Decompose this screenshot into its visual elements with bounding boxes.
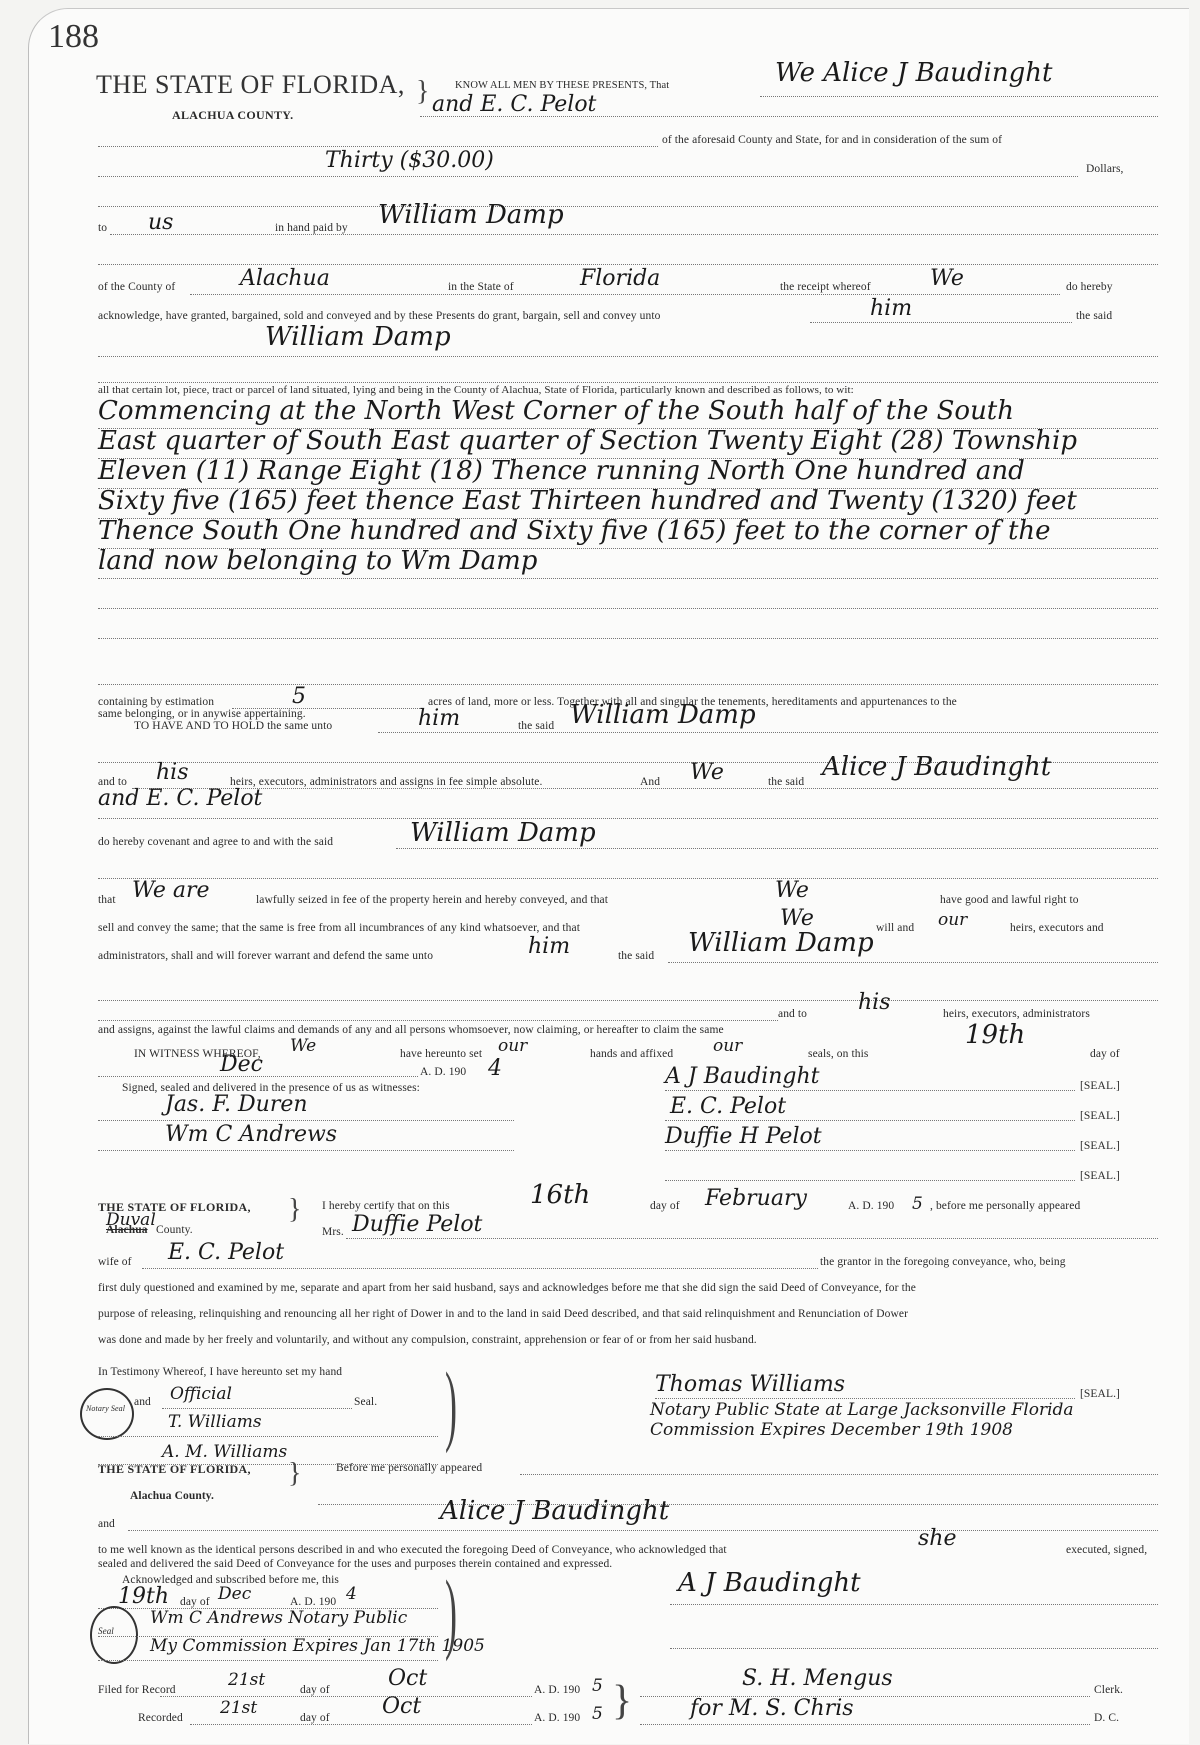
habendum-label: TO HAVE AND TO HOLD the same unto: [134, 720, 332, 732]
description-line: Sixty five (165) feet thence East Thirte…: [98, 486, 1077, 516]
rule: [190, 1724, 532, 1725]
witness-value2: our: [498, 1036, 527, 1056]
recorded-month: Oct: [382, 1694, 421, 1719]
dower-ad: A. D. 190: [848, 1200, 894, 1212]
and-label: And: [640, 776, 660, 788]
recorded-year: 5: [592, 1704, 603, 1724]
ack-county: Alachua County.: [130, 1490, 214, 1502]
rule: [760, 96, 1158, 97]
dower-grantor-text: the grantor in the foregoing conveyance,…: [820, 1256, 1066, 1268]
state-label: in the State of: [448, 281, 514, 293]
description-line: Commencing at the North West Corner of t…: [98, 396, 1014, 426]
dollars-label: Dollars,: [1086, 163, 1124, 175]
notary-line2: Commission Expires December 19th 1908: [650, 1420, 1013, 1440]
rule: [346, 1238, 1158, 1239]
dower-body-3: was done and made by her freely and volu…: [98, 1334, 757, 1346]
and-to-label-2: and to: [778, 1008, 807, 1020]
rule: [98, 608, 1158, 609]
dower-body-2: purpose of releasing, relinquishing and …: [98, 1308, 908, 1320]
dower-mrs-value: Duffie Pelot: [352, 1212, 482, 1237]
description-line: land now belonging to Wm Damp: [98, 546, 537, 576]
notary-name: Thomas Williams: [655, 1372, 845, 1397]
know-all-text: KNOW ALL MEN BY THESE PRESENTS, That: [455, 80, 669, 91]
rule: [98, 1150, 514, 1151]
rule: [665, 1180, 1075, 1181]
dower-wife-value: E. C. Pelot: [168, 1240, 284, 1265]
witness-name-2: Wm C Andrews: [165, 1122, 337, 1147]
receipt-label: the receipt whereof: [780, 281, 871, 293]
ack-ad: A. D. 190: [290, 1596, 336, 1608]
dower-sig-left2: A. M. Williams: [162, 1442, 287, 1462]
dower-and-label: and: [134, 1396, 151, 1408]
witness-year: 4: [488, 1056, 502, 1081]
dower-county-label: County.: [156, 1224, 193, 1236]
dc-signature: for M. S. Chris: [690, 1696, 854, 1721]
witness-day-of: day of: [1090, 1048, 1120, 1060]
witness-seal-text: seals, on this: [808, 1048, 869, 1060]
dower-day-of: day of: [650, 1200, 680, 1212]
filed-day: 21st: [228, 1670, 265, 1690]
ack-state: THE STATE OF FLORIDA,: [98, 1462, 251, 1477]
ack-she: she: [918, 1526, 956, 1551]
rule: [110, 234, 1158, 235]
brace: }: [288, 1196, 301, 1224]
brace: ): [445, 1360, 457, 1450]
consideration-text: of the aforesaid County and State, for a…: [662, 134, 1002, 146]
notary-line1: Notary Public State at Large Jacksonvill…: [650, 1400, 1074, 1420]
unto-value: him: [870, 296, 912, 321]
ack-notary-exp: My Commission Expires Jan 17th 1905: [150, 1636, 485, 1656]
rule: [98, 818, 1158, 819]
rule: [98, 1000, 1158, 1001]
witness-value3: our: [713, 1036, 742, 1056]
rule: [98, 1076, 418, 1077]
seal-label: [SEAL.]: [1080, 1140, 1120, 1152]
recorded-ad: A. D. 190: [534, 1712, 580, 1724]
will-and-label: will and: [876, 922, 914, 934]
rule: [98, 1660, 438, 1661]
witness-hand: hands and affixed: [590, 1048, 673, 1060]
dower-certify: I hereby certify that on this: [322, 1200, 450, 1212]
paid-by-label: in hand paid by: [275, 222, 348, 234]
dower-and-value: Official: [170, 1384, 232, 1404]
acres-value: 5: [292, 684, 306, 709]
dower-seal-label: Seal.: [354, 1396, 377, 1408]
covenant-value: William Damp: [410, 818, 596, 848]
rule: [128, 1530, 1158, 1531]
state-title: THE STATE OF FLORIDA,: [96, 70, 405, 100]
witness-day: 19th: [965, 1020, 1025, 1050]
seized-text1: lawfully seized in fee of the property h…: [256, 894, 608, 906]
heirs-the-said: the said: [768, 776, 804, 788]
and-value: We: [690, 760, 724, 785]
warrant-the-said: the said: [618, 950, 654, 962]
dower-county-struck: Alachua: [106, 1224, 148, 1236]
hereby-label: do hereby: [1066, 281, 1113, 293]
seized-text2: have good and lawful right to: [940, 894, 1079, 906]
rule: [665, 1090, 1075, 1091]
grantors-line2: and E. C. Pelot: [432, 92, 596, 117]
grantee-name: William Damp: [265, 322, 451, 352]
rule: [160, 1696, 532, 1697]
habendum-grantee: William Damp: [570, 700, 756, 730]
to-value: us: [148, 210, 173, 235]
rule: [98, 206, 1158, 207]
signature-1: A J Baudinght: [665, 1064, 820, 1089]
ack-signature: A J Baudinght: [678, 1568, 861, 1598]
rule: [98, 1120, 514, 1121]
dower-month: February: [705, 1186, 807, 1211]
the-said-label: the said: [1076, 310, 1112, 322]
page-number: 188: [48, 18, 99, 56]
witness-have: have hereunto set: [400, 1048, 482, 1060]
witness-month: Dec: [220, 1052, 263, 1077]
and-to-text2: and assigns, against the lawful claims a…: [98, 1024, 724, 1036]
habendum-the-said: the said: [518, 720, 554, 732]
filed-ad: A. D. 190: [534, 1684, 580, 1696]
ack-appeared: Before me personally appeared: [336, 1462, 482, 1474]
rule: [190, 294, 1060, 295]
dower-mrs: Mrs.: [322, 1226, 344, 1238]
heirs-grantor1: Alice J Baudinght: [822, 752, 1051, 782]
rule: [162, 1408, 352, 1409]
warrant-grantee: William Damp: [688, 928, 874, 958]
habendum-unto: him: [418, 706, 460, 731]
ack-day: 19th: [118, 1584, 169, 1609]
paid-by-value: William Damp: [378, 200, 564, 230]
ack-year: 4: [346, 1584, 357, 1604]
rule: [98, 356, 1158, 357]
rule: [98, 1020, 778, 1021]
rule: [98, 684, 1158, 685]
dower-sig-left1: T. Williams: [168, 1412, 262, 1432]
rule: [810, 322, 1072, 323]
rule: [668, 962, 1158, 963]
consideration-amount: Thirty ($30.00): [325, 148, 494, 173]
rule: [98, 1436, 438, 1437]
witness-value1: We: [290, 1036, 316, 1056]
grantors-line1: We Alice J Baudinght: [775, 58, 1052, 88]
witness-ad: A. D. 190: [420, 1066, 466, 1078]
county-label: of the County of: [98, 281, 175, 293]
dower-appeared: , before me personally appeared: [930, 1200, 1080, 1212]
testimony-text: In Testimony Whereof, I have hereunto se…: [98, 1366, 342, 1378]
rule: [142, 1268, 818, 1269]
ack-day-of: day of: [180, 1596, 210, 1608]
recorded-day: 21st: [220, 1698, 257, 1718]
clerk-label: Clerk.: [1094, 1684, 1123, 1696]
rule: [420, 116, 1158, 117]
rule: [520, 1474, 1158, 1475]
rule: [396, 848, 1158, 849]
seal-label: [SEAL.]: [1080, 1110, 1120, 1122]
rule: [655, 1398, 1075, 1399]
covenant-label: do hereby covenant and agree to and with…: [98, 836, 333, 848]
dower-body-1: first duly questioned and examined by me…: [98, 1282, 916, 1294]
dower-wife-of: wife of: [98, 1256, 132, 1268]
heirs-value: his: [156, 760, 189, 785]
seal-label: [SEAL.]: [1080, 1080, 1120, 1092]
description-intro: all that certain lot, piece, tract or pa…: [98, 384, 854, 396]
rule: [98, 878, 1158, 879]
heirs-text: heirs, executors, administrators and ass…: [230, 776, 542, 788]
ack-body2: sealed and delivered the said Deed of Co…: [98, 1558, 612, 1570]
rule: [640, 1724, 1090, 1725]
seal-stamp-text: Notary Seal: [86, 1404, 125, 1413]
receipt-value: We: [930, 266, 964, 291]
acknowledge-text: acknowledge, have granted, bargained, so…: [98, 310, 660, 322]
rule: [98, 578, 1158, 579]
ack-person: Alice J Baudinght: [440, 1496, 669, 1526]
ack-month: Dec: [218, 1584, 251, 1604]
rule: [670, 1648, 1158, 1649]
dc-label: D. C.: [1094, 1712, 1119, 1724]
ack-body1-end: executed, signed,: [1066, 1544, 1147, 1556]
brace: }: [416, 78, 429, 106]
warrant-value: him: [528, 934, 570, 959]
and-to-value-2: his: [858, 990, 891, 1015]
witness-name-1: Jas. F. Duren: [165, 1092, 308, 1117]
filed-day-of: day of: [300, 1684, 330, 1696]
county-value: Alachua: [240, 266, 330, 291]
heirs-grantor2: and E. C. Pelot: [98, 786, 262, 811]
dower-day: 16th: [530, 1180, 590, 1210]
dower-year: 5: [912, 1194, 923, 1214]
rule: [665, 1120, 1075, 1121]
rule: [132, 788, 1158, 789]
seal-label: [SEAL.]: [1080, 1170, 1120, 1182]
convey-value2: our: [938, 910, 967, 930]
filed-label: Filed for Record: [98, 1684, 176, 1696]
signature-3: Duffie H Pelot: [665, 1124, 822, 1149]
clerk-signature: S. H. Mengus: [742, 1666, 893, 1691]
filed-year: 5: [592, 1676, 603, 1696]
seized-value1: We are: [132, 878, 209, 903]
recorded-label: Recorded: [138, 1712, 183, 1724]
to-label: to: [98, 222, 107, 234]
seized-value2: We: [775, 878, 809, 903]
signature-2: E. C. Pelot: [670, 1094, 786, 1119]
county-title: ALACHUA COUNTY.: [172, 108, 293, 123]
recorded-day-of: day of: [300, 1712, 330, 1724]
brace: }: [288, 1460, 301, 1488]
rule: [98, 382, 1158, 383]
description-line: Eleven (11) Range Eight (18) Thence runn…: [98, 456, 1025, 486]
rule: [670, 1604, 1158, 1605]
that-label: that: [98, 894, 116, 906]
state-value: Florida: [580, 266, 660, 291]
notary-seal-stamp: [80, 1388, 134, 1440]
containing-label: containing by estimation: [98, 696, 214, 708]
description-line: East quarter of South East quarter of Se…: [98, 426, 1077, 456]
convey-text1: sell and convey the same; that the same …: [98, 922, 580, 934]
brace: }: [612, 1680, 632, 1722]
stamp-text: Seal: [98, 1626, 114, 1636]
containing-text2: same belonging, or in anywise appertaini…: [98, 708, 306, 720]
and-to-text: heirs, executors, administrators: [943, 1008, 1090, 1020]
filed-month: Oct: [388, 1666, 427, 1691]
ack-notary-sig: Wm C Andrews Notary Public: [150, 1608, 407, 1628]
ack-and-label: and: [98, 1518, 115, 1530]
rule: [378, 732, 1158, 733]
rule: [665, 1150, 1075, 1151]
notary-seal-label: [SEAL.]: [1080, 1388, 1120, 1400]
rule: [98, 146, 658, 147]
ack-body1: to me well known as the identical person…: [98, 1544, 727, 1556]
rule: [98, 638, 1158, 639]
rule: [98, 176, 1078, 177]
warrant-text: administrators, shall and will forever w…: [98, 950, 433, 962]
convey-text2: heirs, executors and: [1010, 922, 1104, 934]
description-line: Thence South One hundred and Sixty five …: [98, 516, 1051, 546]
rule: [98, 264, 1158, 265]
